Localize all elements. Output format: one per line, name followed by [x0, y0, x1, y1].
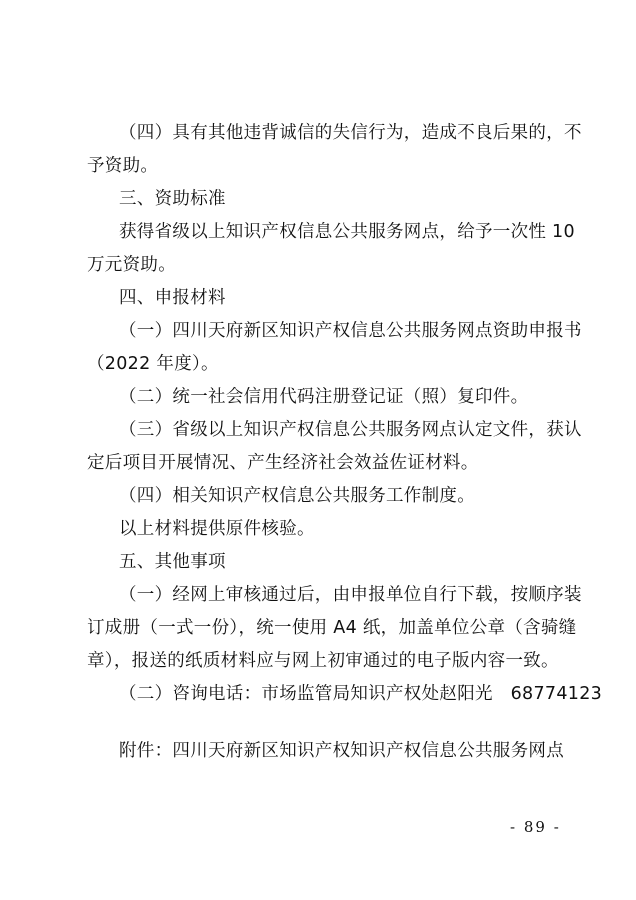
body-line: 万元资助。: [87, 254, 557, 276]
page-number: - 89 -: [510, 818, 561, 836]
section-heading: 三、资助标准: [119, 188, 589, 210]
body-line: （四）具有其他违背诚信的失信行为，造成不良后果的，不: [119, 122, 557, 144]
body-line: 章），报送的纸质材料应与网上初审通过的电子版内容一致。: [87, 650, 557, 672]
body-line: （二）统一社会信用代码注册登记证（照）复印件。: [119, 386, 589, 408]
body-line: （2022 年度）。: [87, 353, 557, 375]
document-page: （四）具有其他违背诚信的失信行为，造成不良后果的，不 予资助。 三、资助标准 获…: [0, 0, 636, 900]
attachment-line: 附件：四川天府新区知识产权知识产权信息公共服务网点: [119, 740, 589, 762]
body-line: 以上材料提供原件核验。: [119, 518, 589, 540]
body-line: 予资助。: [87, 155, 557, 177]
section-heading: 五、其他事项: [119, 551, 589, 573]
body-line: （一）经网上审核通过后，由申报单位自行下载，按顺序装: [119, 584, 557, 606]
contact-line: （二）咨询电话：市场监管局知识产权处赵阳光 68774123: [119, 683, 557, 705]
body-line: （四）相关知识产权信息公共服务工作制度。: [119, 485, 589, 507]
body-line: （三）省级以上知识产权信息公共服务网点认定文件，获认: [119, 419, 557, 441]
section-heading: 四、申报材料: [119, 287, 589, 309]
body-line: （一）四川天府新区知识产权信息公共服务网点资助申报书: [119, 320, 557, 342]
body-line: 订成册（一式一份），统一使用 A4 纸，加盖单位公章（含骑缝: [87, 617, 557, 639]
body-line: 定后项目开展情况、产生经济社会效益佐证材料。: [87, 452, 557, 474]
body-line: 获得省级以上知识产权信息公共服务网点，给予一次性 10: [119, 221, 557, 243]
